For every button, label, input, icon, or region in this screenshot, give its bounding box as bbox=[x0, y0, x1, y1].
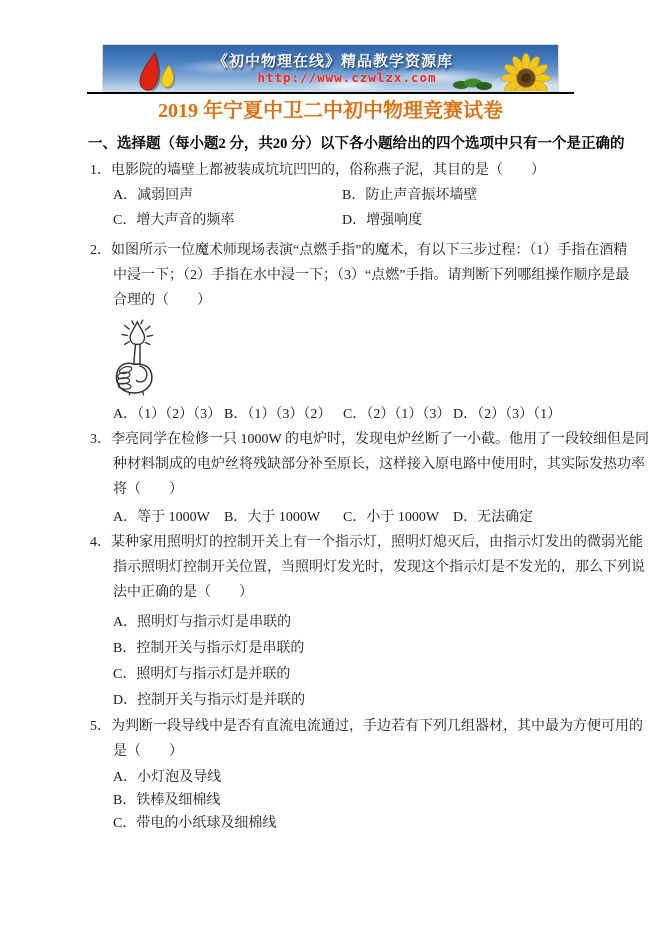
option-a: A．等于 1000W bbox=[113, 505, 224, 530]
question-4-text: 4．某种家用照明灯的控制开关上有一个指示灯，照明灯熄灭后，由指示灯发出的微弱光能 bbox=[113, 530, 574, 555]
question-2: 2．如图所示一位魔术师现场表演“点燃手指”的魔术，有以下三步过程：（1）手指在酒… bbox=[90, 238, 574, 427]
question-line: 法中正确的是（ ） bbox=[113, 580, 574, 605]
question-number: 4． bbox=[90, 535, 111, 550]
question-1-options-row-2: C．增大声音的频率 D．增强响度 bbox=[113, 208, 574, 233]
question-3-text: 3．李亮同学在检修一只 1000W 的电炉时，发现电炉丝断了一小截。他用了一段较… bbox=[113, 427, 574, 452]
question-1-text: 1．电影院的墙壁上都被装成坑坑凹凹的，俗称燕子泥，其目的是（ ） bbox=[113, 158, 574, 183]
option-a: A．小灯泡及导线 bbox=[113, 766, 574, 789]
question-line: 如图所示一位魔术师现场表演“点燃手指”的魔术，有以下三步过程：（1）手指在酒精 bbox=[111, 243, 627, 258]
option-b: B．（1）（3）（2） bbox=[224, 402, 343, 427]
question-number: 5． bbox=[90, 719, 111, 734]
question-line: 电影院的墙壁上都被装成坑坑凹凹的，俗称燕子泥，其目的是（ ） bbox=[111, 163, 545, 178]
question-5: 5．为判断一段导线中是否有直流电流通过，手边若有下列几组器材，其中最为方便可用的… bbox=[90, 714, 574, 835]
option-b: B．大于 1000W bbox=[224, 505, 343, 530]
banner-site-name: 《初中物理在线》精品教学资源库 bbox=[163, 52, 503, 70]
question-line: 某种家用照明灯的控制开关上有一个指示灯，照明灯熄灭后，由指示灯发出的微弱光能 bbox=[111, 535, 643, 550]
option-b: B．铁棒及细棉线 bbox=[113, 789, 574, 812]
option-c: C．照明灯与指示灯是并联的 bbox=[113, 662, 574, 688]
option-c: C．带电的小纸球及细棉线 bbox=[113, 812, 574, 835]
header-rule bbox=[87, 92, 574, 94]
sunflower-icon bbox=[501, 53, 551, 91]
question-number: 3． bbox=[90, 432, 111, 447]
question-4-options: A．照明灯与指示灯是串联的 B．控制开关与指示灯是串联的 C．照明灯与指示灯是并… bbox=[113, 610, 574, 714]
question-line: 中浸一下；（2）手指在水中浸一下；（3）“点燃”手指。请判断下列哪组操作顺序是最 bbox=[113, 263, 574, 288]
question-4: 4．某种家用照明灯的控制开关上有一个指示灯，照明灯熄灭后，由指示灯发出的微弱光能… bbox=[90, 530, 574, 714]
option-a: A．（1）（2）（3） bbox=[113, 402, 224, 427]
question-line: 是（ ） bbox=[113, 739, 574, 764]
section-heading: 一、选择题（每小题2 分，共20 分）以下各小题给出的四个选项中只有一个是正确的 bbox=[88, 134, 574, 154]
question-2-options-row: A．（1）（2）（3） B．（1）（3）（2） C．（2）（1）（3） D．（2… bbox=[113, 402, 574, 427]
question-line: 为判断一段导线中是否有直流电流通过，手边若有下列几组器材，其中最为方便可用的 bbox=[111, 719, 643, 734]
option-c: C．（2）（1）（3） bbox=[343, 402, 453, 427]
question-line: 将（ ） bbox=[113, 477, 574, 502]
option-a: A．减弱回声 bbox=[113, 183, 342, 208]
question-2-text: 2．如图所示一位魔术师现场表演“点燃手指”的魔术，有以下三步过程：（1）手指在酒… bbox=[113, 238, 574, 263]
question-3: 3．李亮同学在检修一只 1000W 的电炉时，发现电炉丝断了一小截。他用了一段较… bbox=[90, 427, 574, 530]
question-5-text: 5．为判断一段导线中是否有直流电流通过，手边若有下列几组器材，其中最为方便可用的 bbox=[113, 714, 574, 739]
option-d: D．（2）（3）（1） bbox=[453, 402, 561, 427]
option-c: C．小于 1000W bbox=[343, 505, 453, 530]
option-b: B．防止声音振坏墙壁 bbox=[342, 183, 477, 208]
question-line: 合理的（ ） bbox=[113, 288, 574, 313]
question-number: 2． bbox=[90, 243, 111, 258]
option-a: A．照明灯与指示灯是串联的 bbox=[113, 610, 574, 636]
document-page: 《初中物理在线》精品教学资源库 http://www.czwlzx.com bbox=[0, 0, 661, 935]
question-number: 1． bbox=[90, 163, 111, 178]
question-line: 种材料制成的电炉丝将残缺部分补至原长，这样接入原电路中使用时，其实际发热功率 bbox=[113, 452, 574, 477]
option-d: D．无法确定 bbox=[453, 505, 533, 530]
question-line: 指示照明灯控制开关位置，当照明灯发光时，发现这个指示灯是不发光的，那么下列说 bbox=[113, 555, 574, 580]
page-title: 2019 年宁夏中卫二中初中物理竞赛试卷 bbox=[0, 100, 661, 122]
burning-finger-figure bbox=[113, 316, 574, 402]
option-b: B．控制开关与指示灯是串联的 bbox=[113, 636, 574, 662]
question-line: 李亮同学在检修一只 1000W 的电炉时，发现电炉丝断了一小截。他用了一段较细但… bbox=[111, 432, 649, 447]
green-plant-icon bbox=[451, 76, 493, 91]
question-5-options: A．小灯泡及导线 B．铁棒及细棉线 C．带电的小纸球及细棉线 bbox=[113, 766, 574, 835]
site-banner: 《初中物理在线》精品教学资源库 http://www.czwlzx.com bbox=[103, 45, 558, 91]
option-d: D．控制开关与指示灯是并联的 bbox=[113, 688, 574, 714]
burning-finger-illustration-icon bbox=[113, 316, 167, 398]
option-c: C．增大声音的频率 bbox=[113, 208, 342, 233]
question-1: 1．电影院的墙壁上都被装成坑坑凹凹的，俗称燕子泥，其目的是（ ） A．减弱回声 … bbox=[90, 158, 574, 233]
question-1-options-row-1: A．减弱回声 B．防止声音振坏墙壁 bbox=[113, 183, 574, 208]
option-d: D．增强响度 bbox=[342, 208, 422, 233]
question-3-options-row: A．等于 1000W B．大于 1000W C．小于 1000W D．无法确定 bbox=[113, 505, 574, 530]
